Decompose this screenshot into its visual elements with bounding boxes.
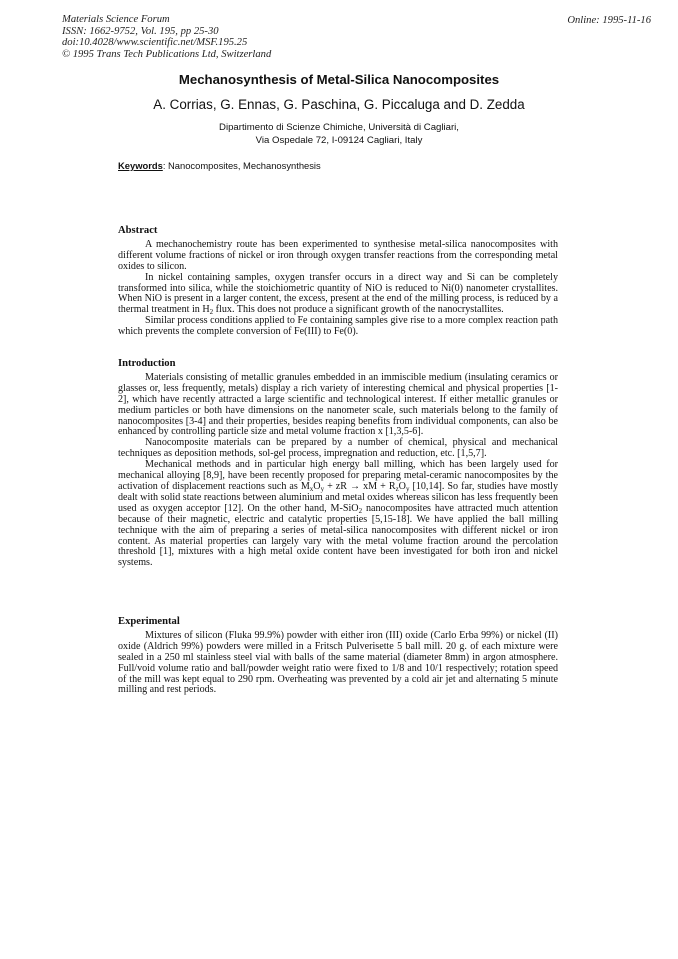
experimental-section: Experimental Mixtures of silicon (Fluka … [118, 617, 558, 696]
affiliation: Dipartimento di Scienze Chimiche, Univer… [0, 121, 678, 147]
paper-authors: A. Corrias, G. Ennas, G. Paschina, G. Pi… [0, 97, 678, 112]
introduction-section: Introduction Materials consisting of met… [118, 359, 558, 569]
abstract-heading: Abstract [118, 226, 558, 237]
copyright-line: © 1995 Trans Tech Publications Ltd, Swit… [62, 49, 271, 61]
introduction-paragraph-3: Mechanical methods and in particular hig… [118, 460, 558, 569]
journal-header: Materials Science Forum ISSN: 1662-9752,… [62, 14, 271, 60]
text-run: + zR → xM + R [324, 481, 395, 492]
abstract-paragraph-3: Similar process conditions applied to Fe… [118, 316, 558, 338]
experimental-heading: Experimental [118, 617, 558, 628]
abstract-paragraph-1: A mechanochemistry route has been experi… [118, 240, 558, 273]
keywords-list: : Nanocomposites, Mechanosynthesis [163, 160, 321, 171]
abstract-section: Abstract A mechanochemistry route has be… [118, 226, 558, 338]
affiliation-line-1: Dipartimento di Scienze Chimiche, Univer… [0, 121, 678, 134]
paper-title: Mechanosynthesis of Metal-Silica Nanocom… [0, 72, 678, 87]
journal-name: Materials Science Forum [62, 14, 271, 26]
text-run: flux. This does not produce a significan… [213, 304, 504, 315]
introduction-heading: Introduction [118, 359, 558, 370]
experimental-paragraph-1: Mixtures of silicon (Fluka 99.9%) powder… [118, 631, 558, 696]
keywords-label: Keywords [118, 160, 163, 171]
doi-line: doi:10.4028/www.scientific.net/MSF.195.2… [62, 37, 271, 49]
online-date: Online: 1995-11-16 [567, 15, 651, 27]
keywords: Keywords: Nanocomposites, Mechanosynthes… [118, 160, 321, 171]
introduction-paragraph-2: Nanocomposite materials can be prepared … [118, 438, 558, 460]
abstract-paragraph-2: In nickel containing samples, oxygen tra… [118, 273, 558, 317]
text-run: O [399, 481, 406, 492]
introduction-paragraph-1: Materials consisting of metallic granule… [118, 373, 558, 438]
issn-line: ISSN: 1662-9752, Vol. 195, pp 25-30 [62, 26, 271, 38]
affiliation-line-2: Via Ospedale 72, I-09124 Cagliari, Italy [0, 134, 678, 147]
text-run: O [313, 481, 320, 492]
